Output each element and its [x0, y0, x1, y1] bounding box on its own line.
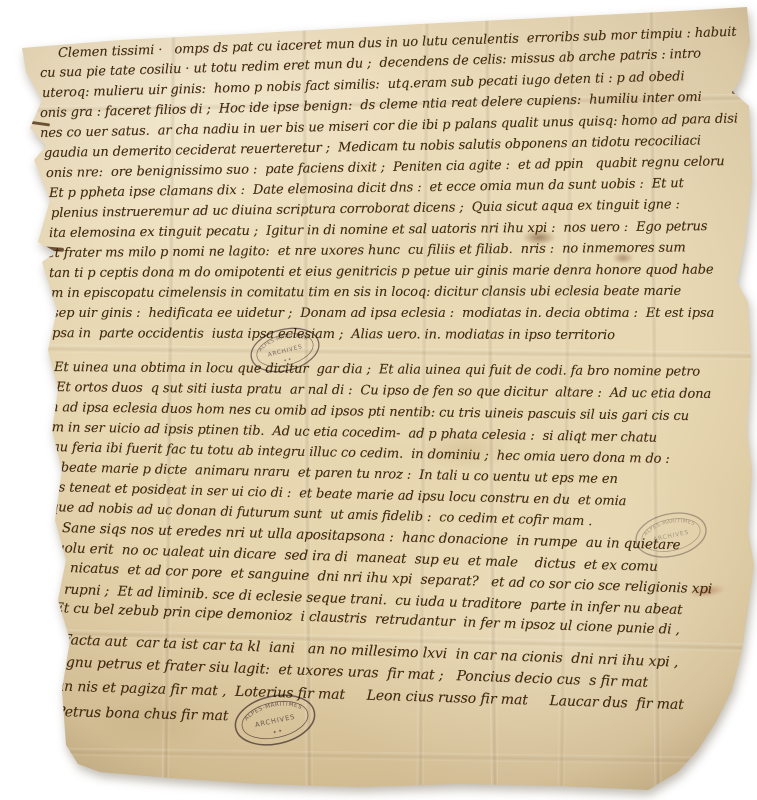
- parchment-sheet: Clemen tissimi · omps ds pat cu iaceret …: [0, 0, 757, 800]
- manuscript-line: sep uir ginis : hedificata ee uidetur ; …: [52, 304, 744, 324]
- manuscript-text: Clemen tissimi · omps ds pat cu iaceret …: [40, 44, 744, 722]
- manuscript-line: m in episcopatu cimelensis in comitatu t…: [51, 282, 744, 304]
- parchment-shadow: Clemen tissimi · omps ds pat cu iaceret …: [0, 0, 757, 800]
- document-scan: Clemen tissimi · omps ds pat cu iaceret …: [0, 0, 757, 800]
- wrinkle: [0, 747, 757, 766]
- manuscript-line: ipsa in parte occidentis iusta ipsa ecle…: [48, 324, 744, 346]
- edge-tear: [732, 89, 752, 94]
- svg-text:✦ ✦: ✦ ✦: [272, 728, 283, 736]
- manuscript-line: tan ti p ceptis dona m do omipotenti et …: [49, 260, 744, 284]
